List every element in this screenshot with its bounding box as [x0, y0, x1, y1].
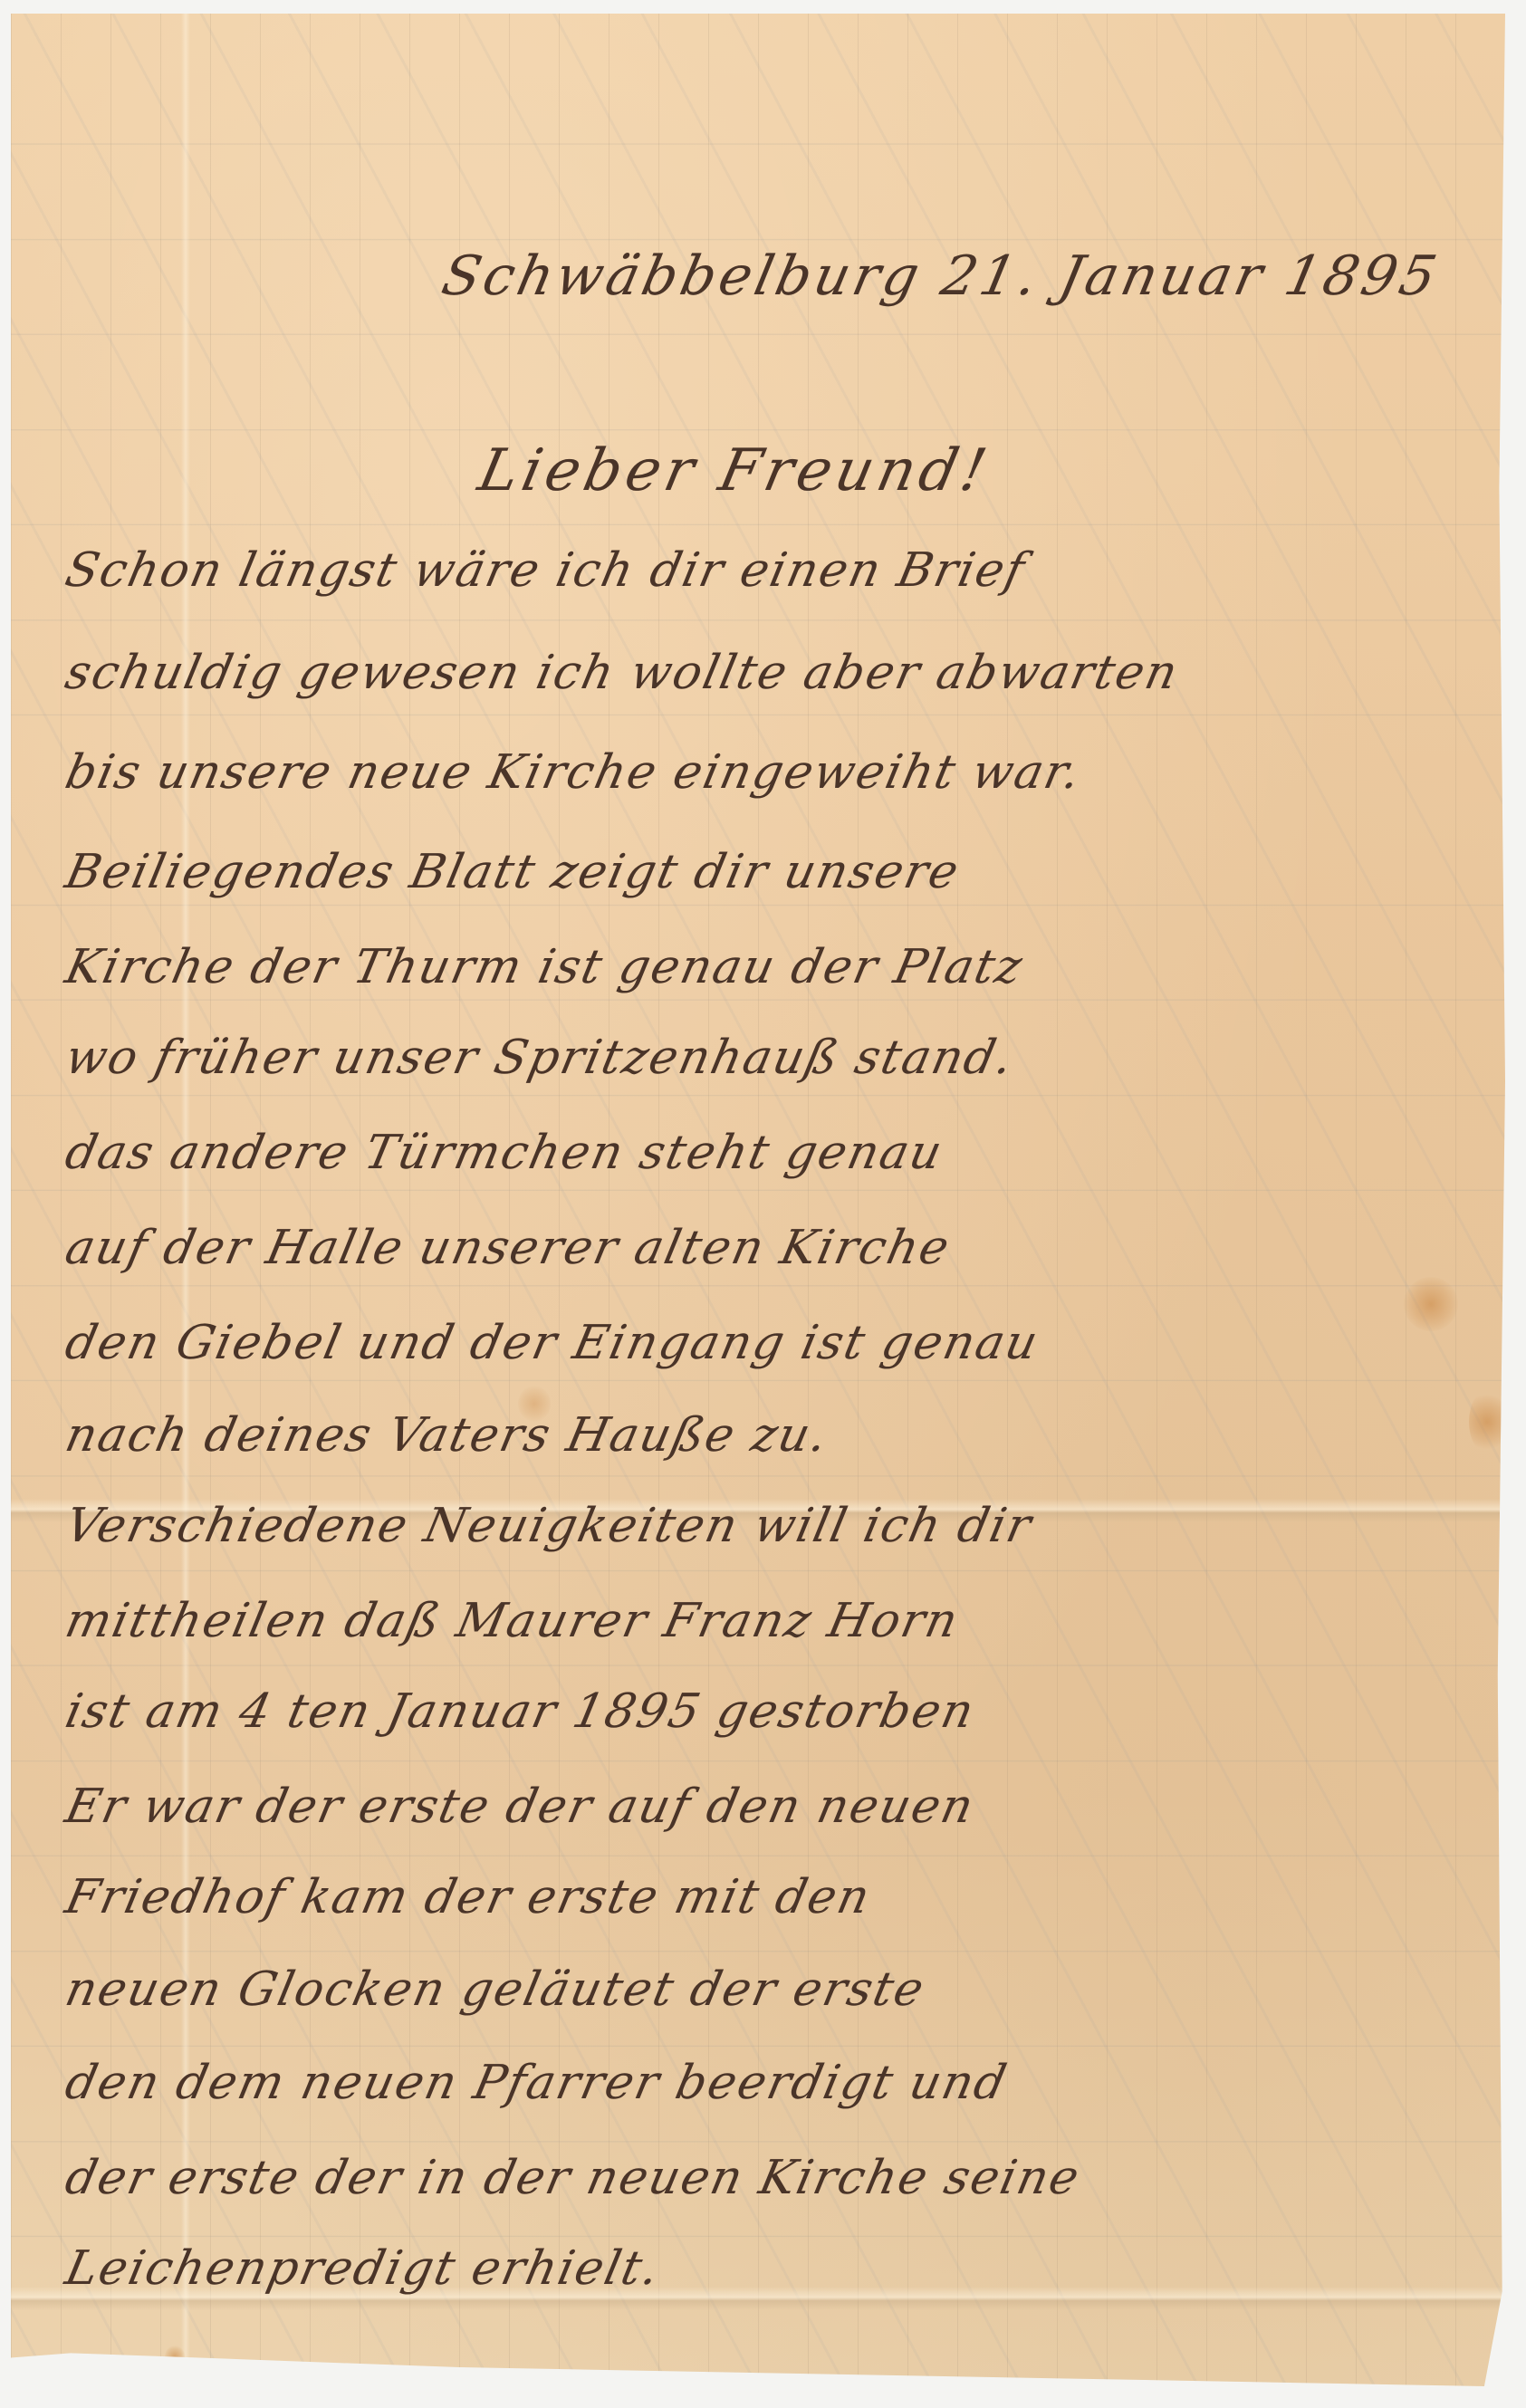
letter-line: den dem neuen Pfarrer beerdigt und [61, 2056, 1485, 2110]
letter-paper: Schwäbbelburg 21. Januar 1895 Lieber Fre… [11, 14, 1505, 2386]
letter-line: Er war der erste der auf den neuen [61, 1780, 1485, 1834]
letter-line: nach deines Vaters Hauße zu. [61, 1408, 1485, 1463]
letter-line: neuen Glocken geläutet der erste [61, 1962, 1485, 2017]
letter-line: bis unsere neue Kirche eingeweiht war. [61, 745, 1485, 800]
letter-line: den Giebel und der Eingang ist genau [61, 1316, 1485, 1370]
letter-line: der erste der in der neuen Kirche seine [61, 2151, 1485, 2205]
letter-line: wo früher unser Spritzenhauß stand. [61, 1031, 1485, 1085]
letter-line: Friedhof kam der erste mit den [61, 1870, 1485, 1924]
letter-line: Beiliegendes Blatt zeigt dir unsere [61, 845, 1485, 899]
salutation: Lieber Freund! [473, 437, 996, 504]
foxing-stain [165, 2346, 185, 2367]
letter-line: mittheilen daß Maurer Franz Horn [61, 1594, 1485, 1648]
letter-line: schuldig gewesen ich wollte aber abwarte… [61, 646, 1485, 700]
vertical-fold-crease [181, 14, 190, 2386]
letter-line: Verschiedene Neuigkeiten will ich dir [61, 1499, 1485, 1553]
letter-line: Schon längst wäre ich dir einen Brief [61, 543, 1485, 598]
letter-line: Kirche der Thurm ist genau der Platz [61, 940, 1485, 994]
place-and-date: Schwäbbelburg 21. Januar 1895 [437, 245, 1445, 308]
ink-bleed-through [11, 14, 1505, 2386]
letter-line: das andere Türmchen steht genau [61, 1126, 1485, 1180]
letter-line: auf der Halle unserer alten Kirche [61, 1221, 1485, 1275]
letter-line: Leichenpredigt erhielt. [61, 2241, 1485, 2296]
letter-line: ist am 4 ten Januar 1895 gestorben [61, 1684, 1485, 1739]
